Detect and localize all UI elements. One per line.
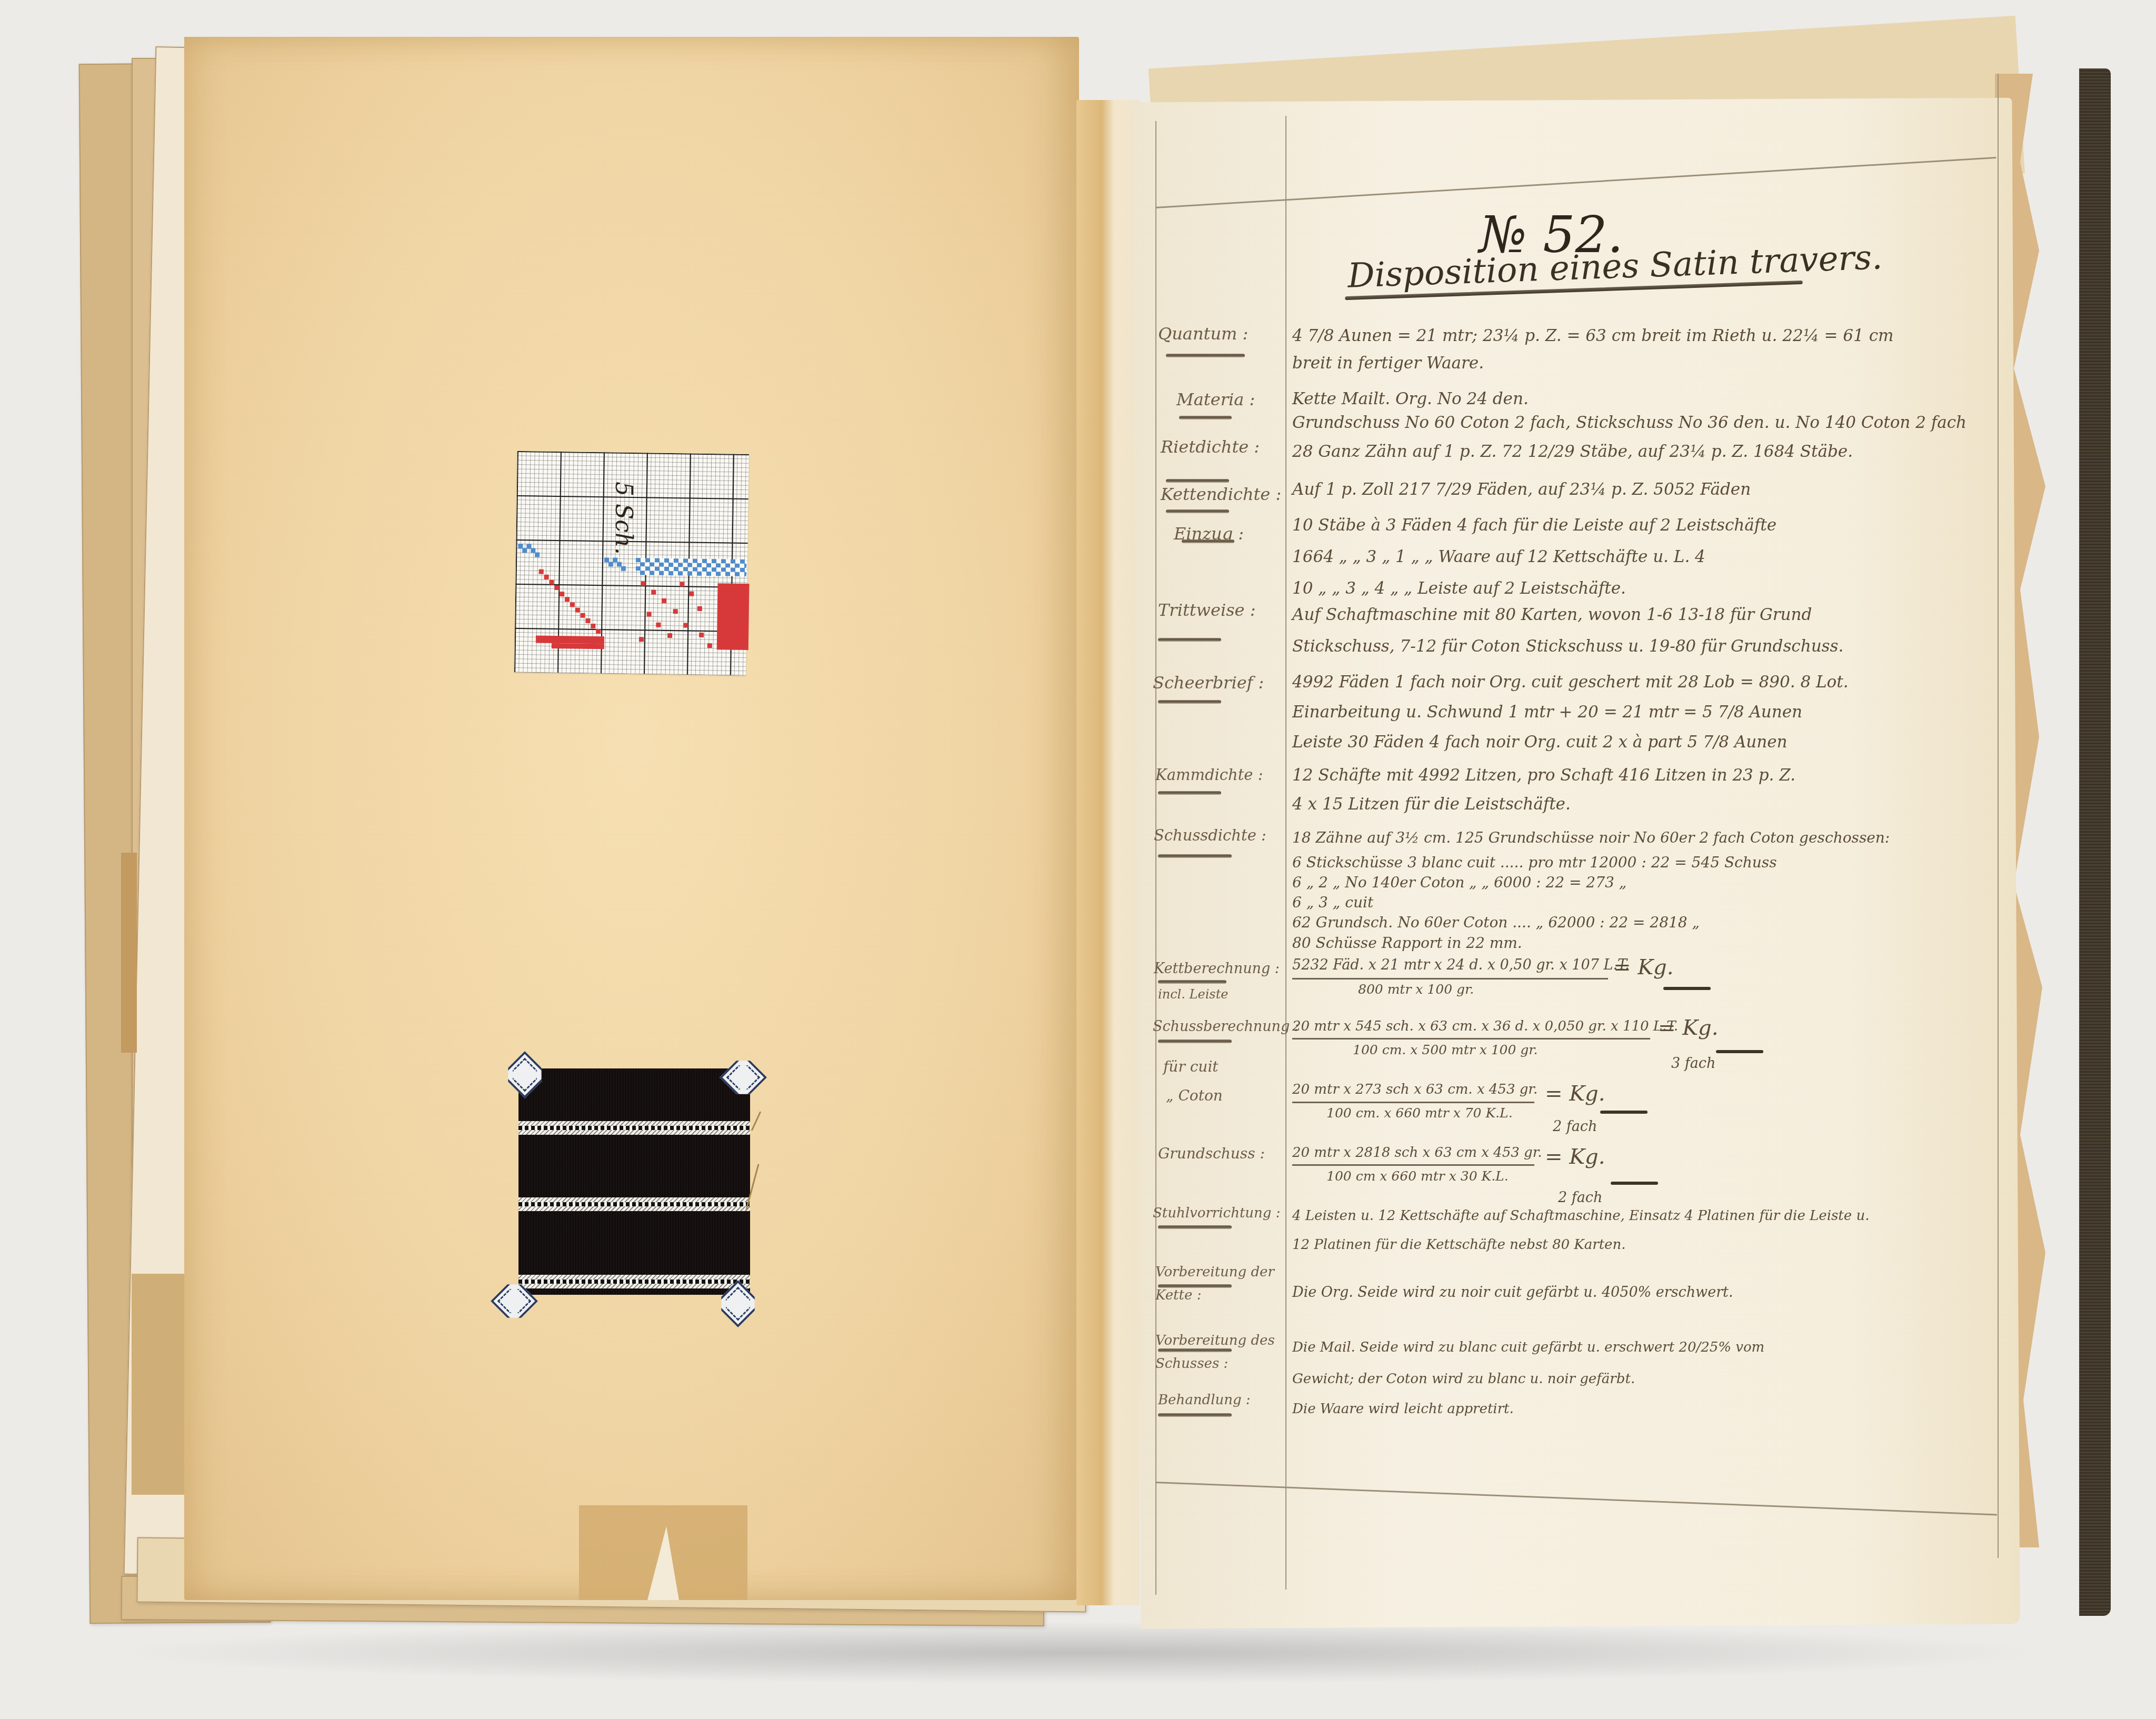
label-underline <box>1158 1348 1232 1352</box>
calc-numerator: 20 mtr x 273 sch x 63 cm. x 453 gr. <box>1292 1082 1538 1097</box>
result-blank <box>1716 1050 1763 1053</box>
entry-line: breit in fertiger Waare. <box>1292 354 1484 373</box>
book-gutter <box>1076 100 1140 1605</box>
label-vorbereitung-schuss: Vorbereitung des Schusses : <box>1155 1329 1282 1375</box>
label-quantum: Quantum : <box>1158 324 1248 344</box>
tape-strip <box>121 853 137 1053</box>
entry-line: Die Mail. Seide wird zu blanc cuit gefär… <box>1292 1340 1764 1355</box>
left-page <box>184 37 1079 1600</box>
label-underline <box>1182 539 1234 543</box>
calc-denominator: 100 cm. x 660 mtr x 70 K.L. <box>1326 1105 1513 1121</box>
label-rietdichte: Rietdichte : <box>1161 437 1260 457</box>
entry-line: 6 Stickschüsse 3 blanc cuit ..... pro mt… <box>1292 854 1777 871</box>
entry-line: 62 Grundsch. No 60er Coton .... „ 62000 … <box>1292 914 1700 931</box>
calc-note: 2 fach <box>1558 1190 1602 1206</box>
label-underline <box>1158 1413 1232 1417</box>
label-schussberechnung: Schussberechnung : <box>1153 1018 1299 1035</box>
entry-line: 10 „ „ 3 „ 4 „ „ Leiste auf 2 Leistschäf… <box>1292 579 1626 598</box>
label-kettendichte: Kettendichte : <box>1161 484 1281 504</box>
label-underline <box>1158 638 1221 642</box>
fraction-bar <box>1292 1102 1534 1103</box>
entry-line: 4 Leisten u. 12 Kettschäfte auf Schaftma… <box>1292 1208 1869 1224</box>
label-materia: Materia : <box>1176 389 1255 409</box>
label-kammdichte: Kammdichte : <box>1155 766 1263 784</box>
entry-line: Auf 1 p. Zoll 217 7/29 Fäden, auf 23¼ p.… <box>1292 480 1751 499</box>
entry-line: 18 Zähne auf 3½ cm. 125 Grundschüsse noi… <box>1292 829 1890 846</box>
label-underline <box>1158 1225 1232 1229</box>
entry-line: 12 Platinen für die Kettschäfte nebst 80… <box>1292 1237 1626 1253</box>
result-blank <box>1663 987 1711 990</box>
book-shadow <box>105 1621 2053 1684</box>
entry-line: 6 „ 2 „ No 140er Coton „ „ 6000 : 22 = 2… <box>1292 874 1626 891</box>
entry-line: 12 Schäfte mit 4992 Litzen, pro Schaft 4… <box>1292 766 1795 785</box>
label-underline <box>1166 354 1245 357</box>
calc-numerator: 5232 Fäd. x 21 mtr x 24 d. x 0,50 gr. x … <box>1292 957 1630 973</box>
calc-result: = Kg. <box>1545 1145 1605 1169</box>
swatch-stripe <box>518 1121 750 1135</box>
label-column-rule <box>1285 116 1286 1590</box>
entry-line: Gewicht; der Coton wird zu blanc u. noir… <box>1292 1371 1635 1387</box>
entry-line: Leiste 30 Fäden 4 fach noir Org. cuit 2 … <box>1292 733 1788 752</box>
label-kettberechnung-sub: incl. Leiste <box>1158 987 1229 1002</box>
entry-line: Stickschuss, 7-12 für Coton Stickschuss … <box>1292 637 1843 656</box>
result-blank <box>1600 1111 1648 1114</box>
calc-result: = Kg. <box>1545 1082 1605 1106</box>
swatch-stripe <box>518 1197 750 1211</box>
entry-line: Die Waare wird leicht appretirt. <box>1292 1401 1514 1417</box>
entry-line: Kette Mailt. Org. No 24 den. <box>1292 389 1529 408</box>
entry-line: 1664 „ „ 3 „ 1 „ „ Waare auf 12 Kettschä… <box>1292 547 1705 566</box>
calc-denominator: 800 mtr x 100 gr. <box>1358 982 1474 997</box>
calc-note: 2 fach <box>1553 1118 1597 1135</box>
label-underline <box>1158 700 1221 704</box>
cloth-cover <box>2079 68 2111 1616</box>
label-coton: „ Coton <box>1166 1087 1223 1104</box>
calc-note: 3 fach <box>1671 1055 1715 1072</box>
draft-annotation: 5 Sch. <box>610 482 637 555</box>
label-underline <box>1158 1040 1232 1043</box>
label-stuhlvorrichtung: Stuhlvorrichtung : <box>1153 1205 1281 1221</box>
fabric-swatch <box>518 1068 750 1295</box>
label-grundschuss: Grundschuss : <box>1158 1145 1265 1162</box>
fraction-bar <box>1292 1164 1534 1166</box>
entry-line: Einarbeitung u. Schwund 1 mtr + 20 = 21 … <box>1292 703 1802 722</box>
fraction-bar <box>1292 1038 1650 1040</box>
result-blank <box>1611 1182 1658 1185</box>
entry-line: 6 „ 3 „ cuit <box>1292 894 1373 911</box>
entry-line: Die Org. Seide wird zu noir cuit gefärbt… <box>1292 1284 1733 1301</box>
label-underline <box>1179 416 1232 419</box>
entry-line: 4992 Fäden 1 fach noir Org. cuit gescher… <box>1292 673 1849 692</box>
right-margin-rule <box>1998 74 1999 1558</box>
calc-numerator: 20 mtr x 545 sch. x 63 cm. x 36 d. x 0,0… <box>1292 1018 1678 1034</box>
calc-result: = Kg. <box>1613 955 1673 980</box>
calc-denominator: 100 cm x 660 mtr x 30 K.L. <box>1326 1168 1509 1184</box>
calc-denominator: 100 cm. x 500 mtr x 100 gr. <box>1353 1042 1538 1057</box>
entry-line: 4 7/8 Aunen = 21 mtr; 23¼ p. Z. = 63 cm … <box>1292 326 1893 345</box>
label-vorbereitung-kette: Vorbereitung der Kette : <box>1155 1261 1282 1307</box>
label-behandlung: Behandlung : <box>1158 1392 1251 1408</box>
label-underline <box>1158 791 1221 795</box>
label-schussdichte: Schussdichte : <box>1154 826 1266 844</box>
label-underline <box>1166 479 1229 483</box>
label-underline <box>1158 1284 1232 1288</box>
calc-result: = Kg. <box>1658 1016 1718 1040</box>
label-schussberechnung-sub: für cuit <box>1163 1058 1219 1075</box>
label-scheerbrief: Scheerbrief : <box>1153 673 1264 693</box>
label-trittweise: Trittweise : <box>1158 600 1255 620</box>
entry-line: 10 Stäbe à 3 Fäden 4 fach für die Leiste… <box>1292 516 1776 535</box>
entry-line: 80 Schüsse Rapport in 22 mm. <box>1292 934 1522 952</box>
label-underline <box>1158 980 1226 984</box>
entry-line: Auf Schaftmaschine mit 80 Karten, wovon … <box>1292 605 1812 624</box>
entry-line: 4 x 15 Litzen für die Leistschäfte. <box>1292 795 1571 814</box>
entry-line: Grundschuss No 60 Coton 2 fach, Sticksch… <box>1292 413 1967 432</box>
label-underline <box>1158 854 1232 858</box>
swatch-stripe <box>518 1275 750 1288</box>
calc-numerator: 20 mtr x 2818 sch x 63 cm x 453 gr. <box>1292 1145 1542 1161</box>
label-kettberechnung: Kettberechnung : <box>1154 961 1280 977</box>
fraction-bar <box>1292 978 1608 980</box>
label-underline <box>1166 509 1229 513</box>
entry-line: 28 Ganz Zähn auf 1 p. Z. 72 12/29 Stäbe,… <box>1292 442 1853 461</box>
